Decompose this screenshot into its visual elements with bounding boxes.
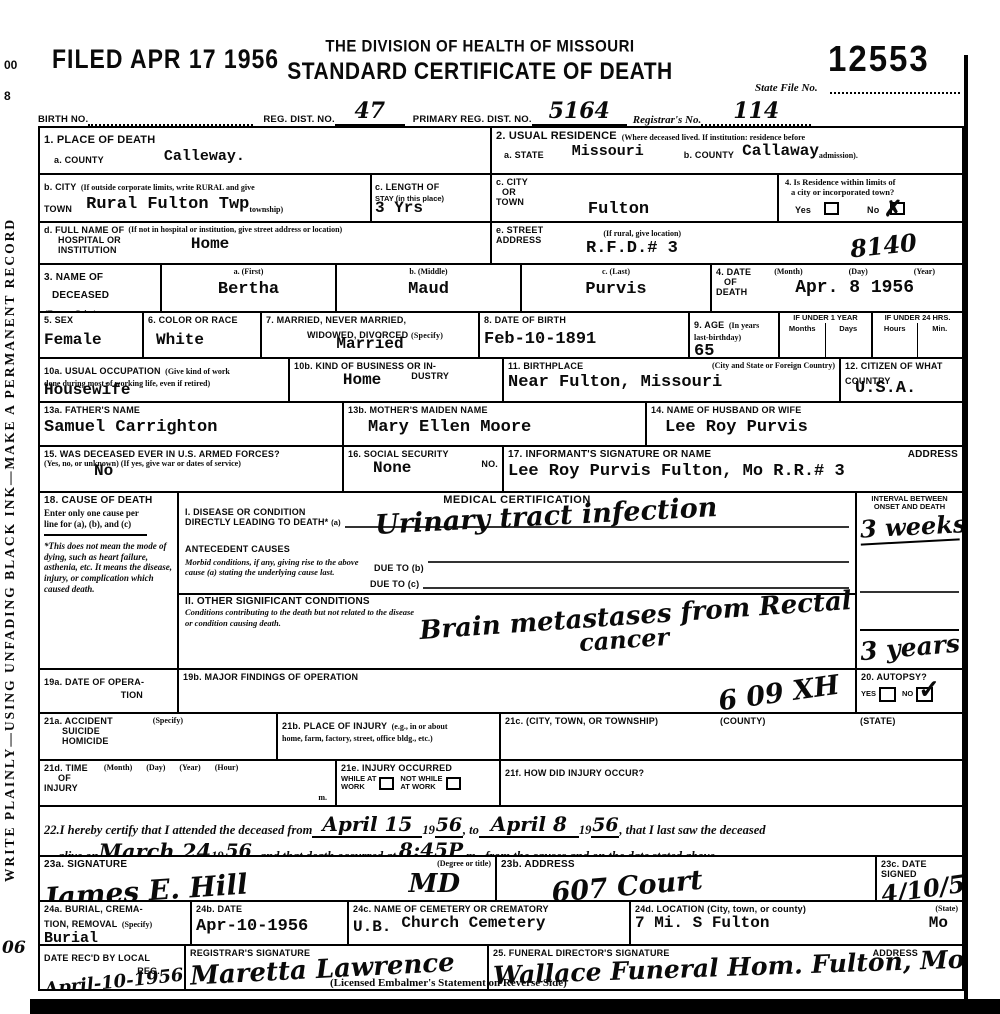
accident-note: (Specify) <box>153 716 183 757</box>
certificate-form: 1. PLACE OF DEATH a. COUNTY Calleway. b.… <box>38 126 964 991</box>
date-received-label: DATE REC'D BY LOCAL <box>44 953 150 963</box>
row-name-dod: 3. NAME OF DECEASED (Type or Print) a. (… <box>40 263 962 311</box>
age-value: 65 <box>694 342 774 357</box>
spouse-value: Lee Roy Purvis <box>665 418 958 437</box>
signature-cell: 23a. SIGNATURE (Degree or title) James E… <box>40 857 495 900</box>
burial-type-note: (Specify) <box>122 920 152 929</box>
place-city-row: b. CITY (If outside corporate limits, wr… <box>40 173 490 221</box>
burial-type-label2: TION, REMOVAL <box>44 919 117 929</box>
first-name-value: Bertha <box>166 280 331 299</box>
registrar-no-label: Registrar's No. <box>633 114 701 126</box>
business-label: 10b. KIND OF BUSINESS OR IN- <box>294 361 498 371</box>
cause-divider <box>44 534 147 536</box>
usual-residence-title: 2. USUAL RESIDENCE <box>496 130 617 142</box>
residence-city-label: c. CITY OR TOWN <box>496 177 528 219</box>
not-while-at-work-checkbox <box>446 777 461 790</box>
injury-time-cell: 21d. TIME OF INJURY (Month) (Day) (Year)… <box>40 761 335 805</box>
residence-city-value: Fulton <box>588 200 649 219</box>
name-label2: DECEASED <box>52 290 109 301</box>
injury-state-label: (STATE) <box>860 716 896 757</box>
cause-note1: Enter only one cause per <box>44 508 173 518</box>
scan-right-edge-bar <box>964 55 968 1014</box>
hospital-cell: d. FULL NAME OF (If not in hospital or i… <box>40 221 490 263</box>
row-burial: 24a. BURIAL, CREMA- TION, REMOVAL (Speci… <box>40 900 962 944</box>
certify-to-value: April 8 <box>479 812 579 838</box>
usual-residence-note2: admission). <box>819 151 858 160</box>
hours-label: Hours <box>873 323 918 357</box>
burial-type-value: Burial <box>44 930 186 944</box>
certify-time-value: 8:45P <box>396 838 466 855</box>
name-label: 3. NAME OF <box>44 272 103 283</box>
city-value: Rural Fulton Twp <box>86 195 249 214</box>
city-note: (If outside corporate limits, write RURA… <box>81 183 255 192</box>
certify-19b: 19 <box>579 823 592 837</box>
street-value: R.F.D.# 3 <box>586 239 958 258</box>
x-mark-icon: ✗ <box>884 196 902 222</box>
disease-line: I. DISEASE OR CONDITION DIRECTLY LEADING… <box>179 507 855 527</box>
under24-cell: IF UNDER 24 HRS. Hours Min. <box>871 313 962 357</box>
certify-year-c: 56 <box>224 840 254 855</box>
address-cell: 23b. ADDRESS 607 Court <box>495 857 875 900</box>
injury-place-label: 21b. PLACE OF INJURY <box>282 721 387 731</box>
cause-label: 18. CAUSE OF DEATH <box>44 495 173 506</box>
residence-city-cell: c. CITY OR TOWN Fulton <box>492 175 777 221</box>
dod-column-headers: (Month) (Day) (Year) <box>751 267 958 276</box>
race-cell: 6. COLOR OR RACE White <box>142 313 260 357</box>
citizen-cell: 12. CITIZEN OF WHAT COUNTRY U.S.A. <box>839 359 962 401</box>
marital-label: 7. MARRIED, NEVER MARRIED, <box>266 315 474 325</box>
last-name-label: c. (Last) <box>526 267 706 276</box>
ssn-cell: 16. SOCIAL SECURITY None NO. <box>342 447 502 491</box>
due-b-blank-line <box>428 557 849 563</box>
certify-19c: 19 <box>211 849 224 855</box>
limits-label2: a city or incorporated town? <box>791 188 956 198</box>
operation-date-label: 19a. DATE OF OPERA- <box>44 677 144 687</box>
marital-cell: 7. MARRIED, NEVER MARRIED, WIDOWED, DIVO… <box>260 313 478 357</box>
while-at-work-label: WHILE ATWORK <box>341 775 376 792</box>
burial-location-cell: 24d. LOCATION (City, town, or county) (S… <box>629 902 962 944</box>
certify-text-6: m., from the causes and on the date stat… <box>466 849 718 855</box>
certify-text-2: , to <box>463 823 479 837</box>
primary-reg-value: 5164 <box>532 98 627 126</box>
limits-no-label: No <box>867 205 879 215</box>
place-of-death-title: 1. PLACE OF DEATH <box>44 134 155 146</box>
check-mark-icon: ✓ <box>918 675 940 705</box>
limits-no-checkbox: ✗ <box>890 202 905 215</box>
county-label: a. COUNTY <box>54 155 104 165</box>
last-name-value: Purvis <box>526 280 706 299</box>
under24-label: IF UNDER 24 HRS. <box>873 313 962 323</box>
ssn-value: None <box>373 459 411 477</box>
informant-cell: 17. INFORMANT'S SIGNATURE OR NAME ADDRES… <box>502 447 962 491</box>
birth-no-blank <box>88 112 253 126</box>
middle-name-value: Maud <box>341 280 516 299</box>
residence-state-county-cell: 2. USUAL RESIDENCE (Where deceased lived… <box>492 128 962 173</box>
occupation-label: 10a. USUAL OCCUPATION <box>44 366 161 376</box>
injury-time-hour: (Hour) <box>215 763 239 793</box>
injury-place-note2: home, farm, factory, street, office bldg… <box>282 734 495 743</box>
row-vitals: 5. SEX Female 6. COLOR OR RACE White 7. … <box>40 311 962 357</box>
accident-cell: 21a. ACCIDENT SUICIDE HOMICIDE (Specify) <box>40 714 276 759</box>
certify-text-4: alive on <box>58 849 99 855</box>
first-name-cell: a. (First) Bertha <box>160 265 335 311</box>
due-b-line: Morbid conditions, if any, giving rise t… <box>179 557 855 577</box>
burial-date-cell: 24b. DATE Apr-10-1956 <box>190 902 347 944</box>
disease-blank-line: Urinary tract infection <box>345 507 849 527</box>
armed-forces-label: 15. WAS DECEASED EVER IN U.S. ARMED FORC… <box>44 449 338 459</box>
business-label2: DUSTRY <box>411 371 449 389</box>
mother-cell: 13b. MOTHER'S MAIDEN NAME Mary Ellen Moo… <box>342 403 645 445</box>
age-label: 9. AGE <box>694 320 724 330</box>
due-c-blank-line <box>423 579 849 589</box>
cause-note1b: line for (a), (b), and (c) <box>44 519 173 529</box>
age-cell: 9. AGE (In years last-birthday) 65 <box>688 313 778 357</box>
operation-findings-cell: 19b. MAJOR FINDINGS OF OPERATION 6 09 XH <box>177 670 855 712</box>
father-label: 13a. FATHER'S NAME <box>44 405 338 415</box>
injury-occurred-label: 21e. INJURY OCCURRED <box>341 763 495 773</box>
days-label: Days <box>826 323 872 357</box>
other-conditions-handwritten2: cancer <box>578 622 670 657</box>
margin-bottom-mark: 06 <box>2 938 26 958</box>
injury-time-label: 21d. TIME OF INJURY <box>44 763 88 793</box>
injury-m-label: m. <box>318 793 327 802</box>
ssn-label: 16. SOCIAL SECURITY <box>348 449 449 459</box>
interval-b-blank <box>860 543 959 593</box>
burial-location-value: 7 Mi. S Fulton <box>635 914 769 932</box>
certify-from-value: April 15 <box>312 812 422 838</box>
operation-findings-label: 19b. MAJOR FINDINGS OF OPERATION <box>183 672 851 682</box>
dob-value: Feb-10-1891 <box>484 330 684 349</box>
dob-label: 8. DATE OF BIRTH <box>484 315 684 325</box>
accident-label: 21a. ACCIDENT SUICIDE HOMICIDE <box>44 716 113 757</box>
certify-text-3: , that I last saw the deceased <box>619 823 765 837</box>
middle-name-cell: b. (Middle) Maud <box>335 265 520 311</box>
birth-no-label: BIRTH NO. <box>38 115 88 126</box>
birthplace-note: (City and State or Foreign Country) <box>712 361 835 371</box>
operation-date-label2: TION <box>44 690 143 700</box>
primary-reg-label: PRIMARY REG. DIST. NO. <box>413 115 532 126</box>
mother-value: Mary Ellen Moore <box>368 418 641 437</box>
name-label-cell: 3. NAME OF DECEASED (Type or Print) <box>40 265 160 311</box>
row-operation: 19a. DATE OF OPERA- TION 19b. MAJOR FIND… <box>40 668 962 712</box>
operation-date-cell: 19a. DATE OF OPERA- TION <box>40 670 177 712</box>
certification-cell: 22. I hereby certify that I attended the… <box>40 807 962 855</box>
residence-state-label: a. STATE <box>504 150 544 160</box>
cemetery-cell: 24c. NAME OF CEMETERY OR CREMATORY U.B. … <box>347 902 629 944</box>
last-name-cell: c. (Last) Purvis <box>520 265 710 311</box>
other-conditions-handwritten1: Brain metastases from Rectal <box>418 586 852 646</box>
certify-text-1: I hereby certify that I attended the dec… <box>60 823 313 837</box>
autopsy-label: 20. AUTOPSY? <box>861 672 958 682</box>
row-signature: 23a. SIGNATURE (Degree or title) James E… <box>40 855 962 900</box>
signature-label: 23a. SIGNATURE <box>44 859 127 870</box>
city-label: b. CITY <box>44 182 76 192</box>
residence-city-row: c. CITY OR TOWN Fulton 4. Is Residence w… <box>492 173 962 221</box>
name-note: (Type or Print) <box>44 308 96 311</box>
stay-label: c. LENGTH OF <box>375 182 439 192</box>
autopsy-cell: 20. AUTOPSY? YES NO ✓ <box>855 670 962 712</box>
informant-address-label: ADDRESS <box>908 449 958 460</box>
injury-time-day: (Day) <box>146 763 165 793</box>
certify-text-5: and that death occurred at <box>260 849 396 855</box>
birthplace-value: Near Fulton, Missouri <box>508 373 835 392</box>
county-value: Calleway. <box>164 148 245 165</box>
usual-residence-block: 2. USUAL RESIDENCE (Where deceased lived… <box>490 128 962 263</box>
due-c-label: DUE TO (c) <box>370 579 419 589</box>
other-conditions-label: II. OTHER SIGNIFICANT CONDITIONS <box>185 596 849 607</box>
row-certification: 22. I hereby certify that I attended the… <box>40 805 962 855</box>
certify-number: 22. <box>44 823 60 837</box>
informant-value: Lee Roy Purvis Fulton, Mo R.R.# 3 <box>508 462 958 481</box>
place-city-cell: b. CITY (If outside corporate limits, wr… <box>40 175 370 221</box>
street-label: e. STREETADDRESS <box>496 225 543 245</box>
occupation-note: (Give kind of work <box>165 367 230 376</box>
residence-limits-cell: 4. Is Residence within limits of a city … <box>777 175 962 221</box>
sex-value: Female <box>44 331 138 349</box>
dod-value: Apr. 8 1956 <box>751 278 958 298</box>
date-of-death-cell: 4. DATE OF DEATH (Month) (Day) (Year) Ap… <box>710 265 962 311</box>
hospital-label2: HOSPITAL ORINSTITUTION <box>58 235 121 255</box>
interval-column: INTERVAL BETWEEN ONSET AND DEATH 3 weeks… <box>855 493 962 668</box>
autopsy-yes-label: YES <box>861 690 876 698</box>
margin-vertical-note: WRITE PLAINLY—USING UNFADING BLACK INK—M… <box>2 120 24 980</box>
age-note: (In years <box>729 321 759 330</box>
row-informant: 15. WAS DECEASED EVER IN U.S. ARMED FORC… <box>40 445 962 491</box>
embalmer-statement-note: (Licensed Embalmer's Statement on Revers… <box>330 977 567 989</box>
burial-state-value: Mo <box>929 914 948 932</box>
race-label: 6. COLOR OR RACE <box>148 315 256 325</box>
citizen-label: 12. CITIZEN OF WHAT <box>845 361 958 371</box>
interval-other-value: 3 years <box>859 628 960 666</box>
burial-date-label: 24b. DATE <box>196 904 343 914</box>
disease-label: I. DISEASE OR CONDITION DIRECTLY LEADING… <box>185 507 341 527</box>
row-occupation: 10a. USUAL OCCUPATION (Give kind of work… <box>40 357 962 401</box>
burial-type-cell: 24a. BURIAL, CREMA- TION, REMOVAL (Speci… <box>40 902 190 944</box>
state-file-number: 12553 <box>828 38 930 80</box>
autopsy-no-checkbox: ✓ <box>916 687 933 702</box>
reg-dist-label: REG. DIST. NO. <box>263 115 334 126</box>
certify-year-b: 56 <box>591 814 619 838</box>
city-note2: township) <box>249 205 283 214</box>
burial-state-label: (State) <box>935 904 958 914</box>
city-town-label: TOWN <box>44 204 72 214</box>
scan-bottom-edge-bar <box>30 999 1000 1014</box>
interval-a-value: 3 weeks <box>859 509 959 545</box>
burial-date-value: Apr-10-1956 <box>196 917 343 936</box>
how-injury-cell: 21f. HOW DID INJURY OCCUR? <box>499 761 962 805</box>
birthplace-label: 11. BIRTHPLACE <box>508 361 583 371</box>
race-value: White <box>156 331 256 349</box>
injury-occurred-cell: 21e. INJURY OCCURRED WHILE ATWORK NOT WH… <box>335 761 499 805</box>
row-injury-1: 21a. ACCIDENT SUICIDE HOMICIDE (Specify)… <box>40 712 962 759</box>
length-of-stay-cell: c. LENGTH OF STAY (in this place) 3 Yrs <box>370 175 490 221</box>
filed-date-stamp: FILED APR 17 1956 <box>52 44 279 75</box>
registrar-no-value: 114 <box>701 98 811 126</box>
state-file-label: State File No. <box>755 82 818 94</box>
limits-yes-label: Yes <box>795 205 811 215</box>
middle-name-label: b. (Middle) <box>341 267 516 276</box>
spouse-cell: 14. NAME OF HUSBAND OR WIFE Lee Roy Purv… <box>645 403 962 445</box>
armed-forces-cell: 15. WAS DECEASED EVER IN U.S. ARMED FORC… <box>40 447 342 491</box>
dob-cell: 8. DATE OF BIRTH Feb-10-1891 <box>478 313 688 357</box>
sex-label: 5. SEX <box>44 315 138 325</box>
other-conditions-section: II. OTHER SIGNIFICANT CONDITIONS Conditi… <box>179 593 855 629</box>
form-title-line1: THE DIVISION OF HEALTH OF MISSOURI <box>250 37 710 56</box>
how-injury-label: 21f. HOW DID INJURY OCCUR? <box>505 768 644 778</box>
place-of-death-block: 1. PLACE OF DEATH a. COUNTY Calleway. b.… <box>40 128 490 263</box>
antecedent-note: Morbid conditions, if any, giving rise t… <box>185 557 370 577</box>
interval-divider <box>860 593 959 631</box>
business-cell: 10b. KIND OF BUSINESS OR IN- Home DUSTRY <box>288 359 502 401</box>
occupation-cell: 10a. USUAL OCCUPATION (Give kind of work… <box>40 359 288 401</box>
father-value: Samuel Carrighton <box>44 418 338 437</box>
dod-label: 4. DATE OF DEATH <box>716 267 751 309</box>
row-place-residence: 1. PLACE OF DEATH a. COUNTY Calleway. b.… <box>40 128 962 263</box>
business-value: Home <box>343 371 381 389</box>
autopsy-yes-checkbox <box>879 687 896 702</box>
first-name-label: a. (First) <box>166 267 331 276</box>
not-while-at-work-label: NOT WHILEAT WORK <box>400 775 442 792</box>
row-family: 13a. FATHER'S NAME Samuel Carrighton 13b… <box>40 401 962 445</box>
due-c-line: DUE TO (c) <box>179 579 855 589</box>
injury-city-label: 21c. (CITY, TOWN, OR TOWNSHIP) <box>505 716 720 757</box>
min-label: Min. <box>918 323 963 357</box>
burial-type-label: 24a. BURIAL, CREMA- <box>44 904 186 914</box>
cause-note2: *This does not mean the mode of dying, s… <box>44 541 173 595</box>
under1-cell: IF UNDER 1 YEAR Months Days <box>778 313 871 357</box>
father-cell: 13a. FATHER'S NAME Samuel Carrighton <box>40 403 342 445</box>
cemetery-label: 24c. NAME OF CEMETERY OR CREMATORY <box>353 904 625 914</box>
spouse-label: 14. NAME OF HUSBAND OR WIFE <box>651 405 958 415</box>
row-injury-2: 21d. TIME OF INJURY (Month) (Day) (Year)… <box>40 759 962 805</box>
limits-yes-checkbox <box>824 202 839 215</box>
certify-alive-value: March 24 <box>99 839 212 855</box>
while-at-work-checkbox <box>379 777 394 790</box>
state-file-dotted-line <box>830 82 960 94</box>
form-title-line2: STANDARD CERTIFICATE OF DEATH <box>250 58 710 86</box>
usual-residence-note: (Where deceased lived. If institution: r… <box>622 133 805 142</box>
due-b-label: DUE TO (b) <box>374 563 424 577</box>
date-signed-cell: 23c. DATE SIGNED 4/10/56 <box>875 857 962 900</box>
informant-label: 17. INFORMANT'S SIGNATURE OR NAME <box>508 449 711 460</box>
burial-location-label: 24d. LOCATION (City, town, or county) <box>635 904 806 914</box>
row-cause-of-death: 18. CAUSE OF DEATH Enter only one cause … <box>40 491 962 668</box>
cemetery-value2: Church Cemetery <box>401 914 545 932</box>
injury-time-year: (Year) <box>179 763 200 793</box>
under1-label: IF UNDER 1 YEAR <box>780 313 871 323</box>
hospital-label: d. FULL NAME OF <box>44 225 124 235</box>
mother-label: 13b. MOTHER'S MAIDEN NAME <box>348 405 641 415</box>
injury-place-note: (e.g., in or about <box>392 722 448 731</box>
cause-left-column: 18. CAUSE OF DEATH Enter only one cause … <box>40 493 177 668</box>
date-received-cell: DATE REC'D BY LOCAL REG. April-10-1956 <box>40 946 184 989</box>
residence-county-value: Callaway <box>742 142 819 160</box>
autopsy-no-label: NO <box>902 690 913 698</box>
age-note2: last-birthday) <box>694 333 774 342</box>
birthplace-cell: 11. BIRTHPLACE (City and State or Foreig… <box>502 359 839 401</box>
reg-dist-value: 47 <box>335 98 405 126</box>
residence-state-value: Missouri <box>572 143 644 160</box>
registration-numbers-row: BIRTH NO. REG. DIST. NO. 47 PRIMARY REG.… <box>38 98 964 124</box>
cemetery-value1: U.B. <box>353 918 391 936</box>
certify-19a: 19 <box>422 823 435 837</box>
hospital-value: Home <box>191 235 229 255</box>
months-label: Months <box>780 323 826 357</box>
margin-corner-marks: 00 8 <box>4 50 17 112</box>
residence-county-label: b. COUNTY <box>684 150 734 160</box>
injury-place-cell: 21b. PLACE OF INJURY (e.g., in or about … <box>276 714 499 759</box>
antecedent-label: ANTECEDENT CAUSES <box>179 544 855 554</box>
citizen-value: U.S.A. <box>855 379 958 398</box>
certify-year-a: 56 <box>435 814 463 838</box>
injury-county-label: (COUNTY) <box>720 716 860 757</box>
sex-cell: 5. SEX Female <box>40 313 142 357</box>
place-county-cell: 1. PLACE OF DEATH a. COUNTY Calleway. <box>40 128 490 173</box>
hospital-note: (If not in hospital or institution, give… <box>128 225 342 235</box>
scanned-death-certificate: WRITE PLAINLY—USING UNFADING BLACK INK—M… <box>0 0 1000 1014</box>
injury-city-cell: 21c. (CITY, TOWN, OR TOWNSHIP) (COUNTY) … <box>499 714 962 759</box>
injury-time-month: (Month) <box>104 763 132 793</box>
other-conditions-note: Conditions contributing to the death but… <box>185 607 415 627</box>
ssn-label2: NO. <box>481 459 498 469</box>
street-address-cell: e. STREETADDRESS (If rural, give locatio… <box>492 221 962 263</box>
cause-middle-column: MEDICAL CERTIFICATION I. DISEASE OR COND… <box>177 493 855 668</box>
